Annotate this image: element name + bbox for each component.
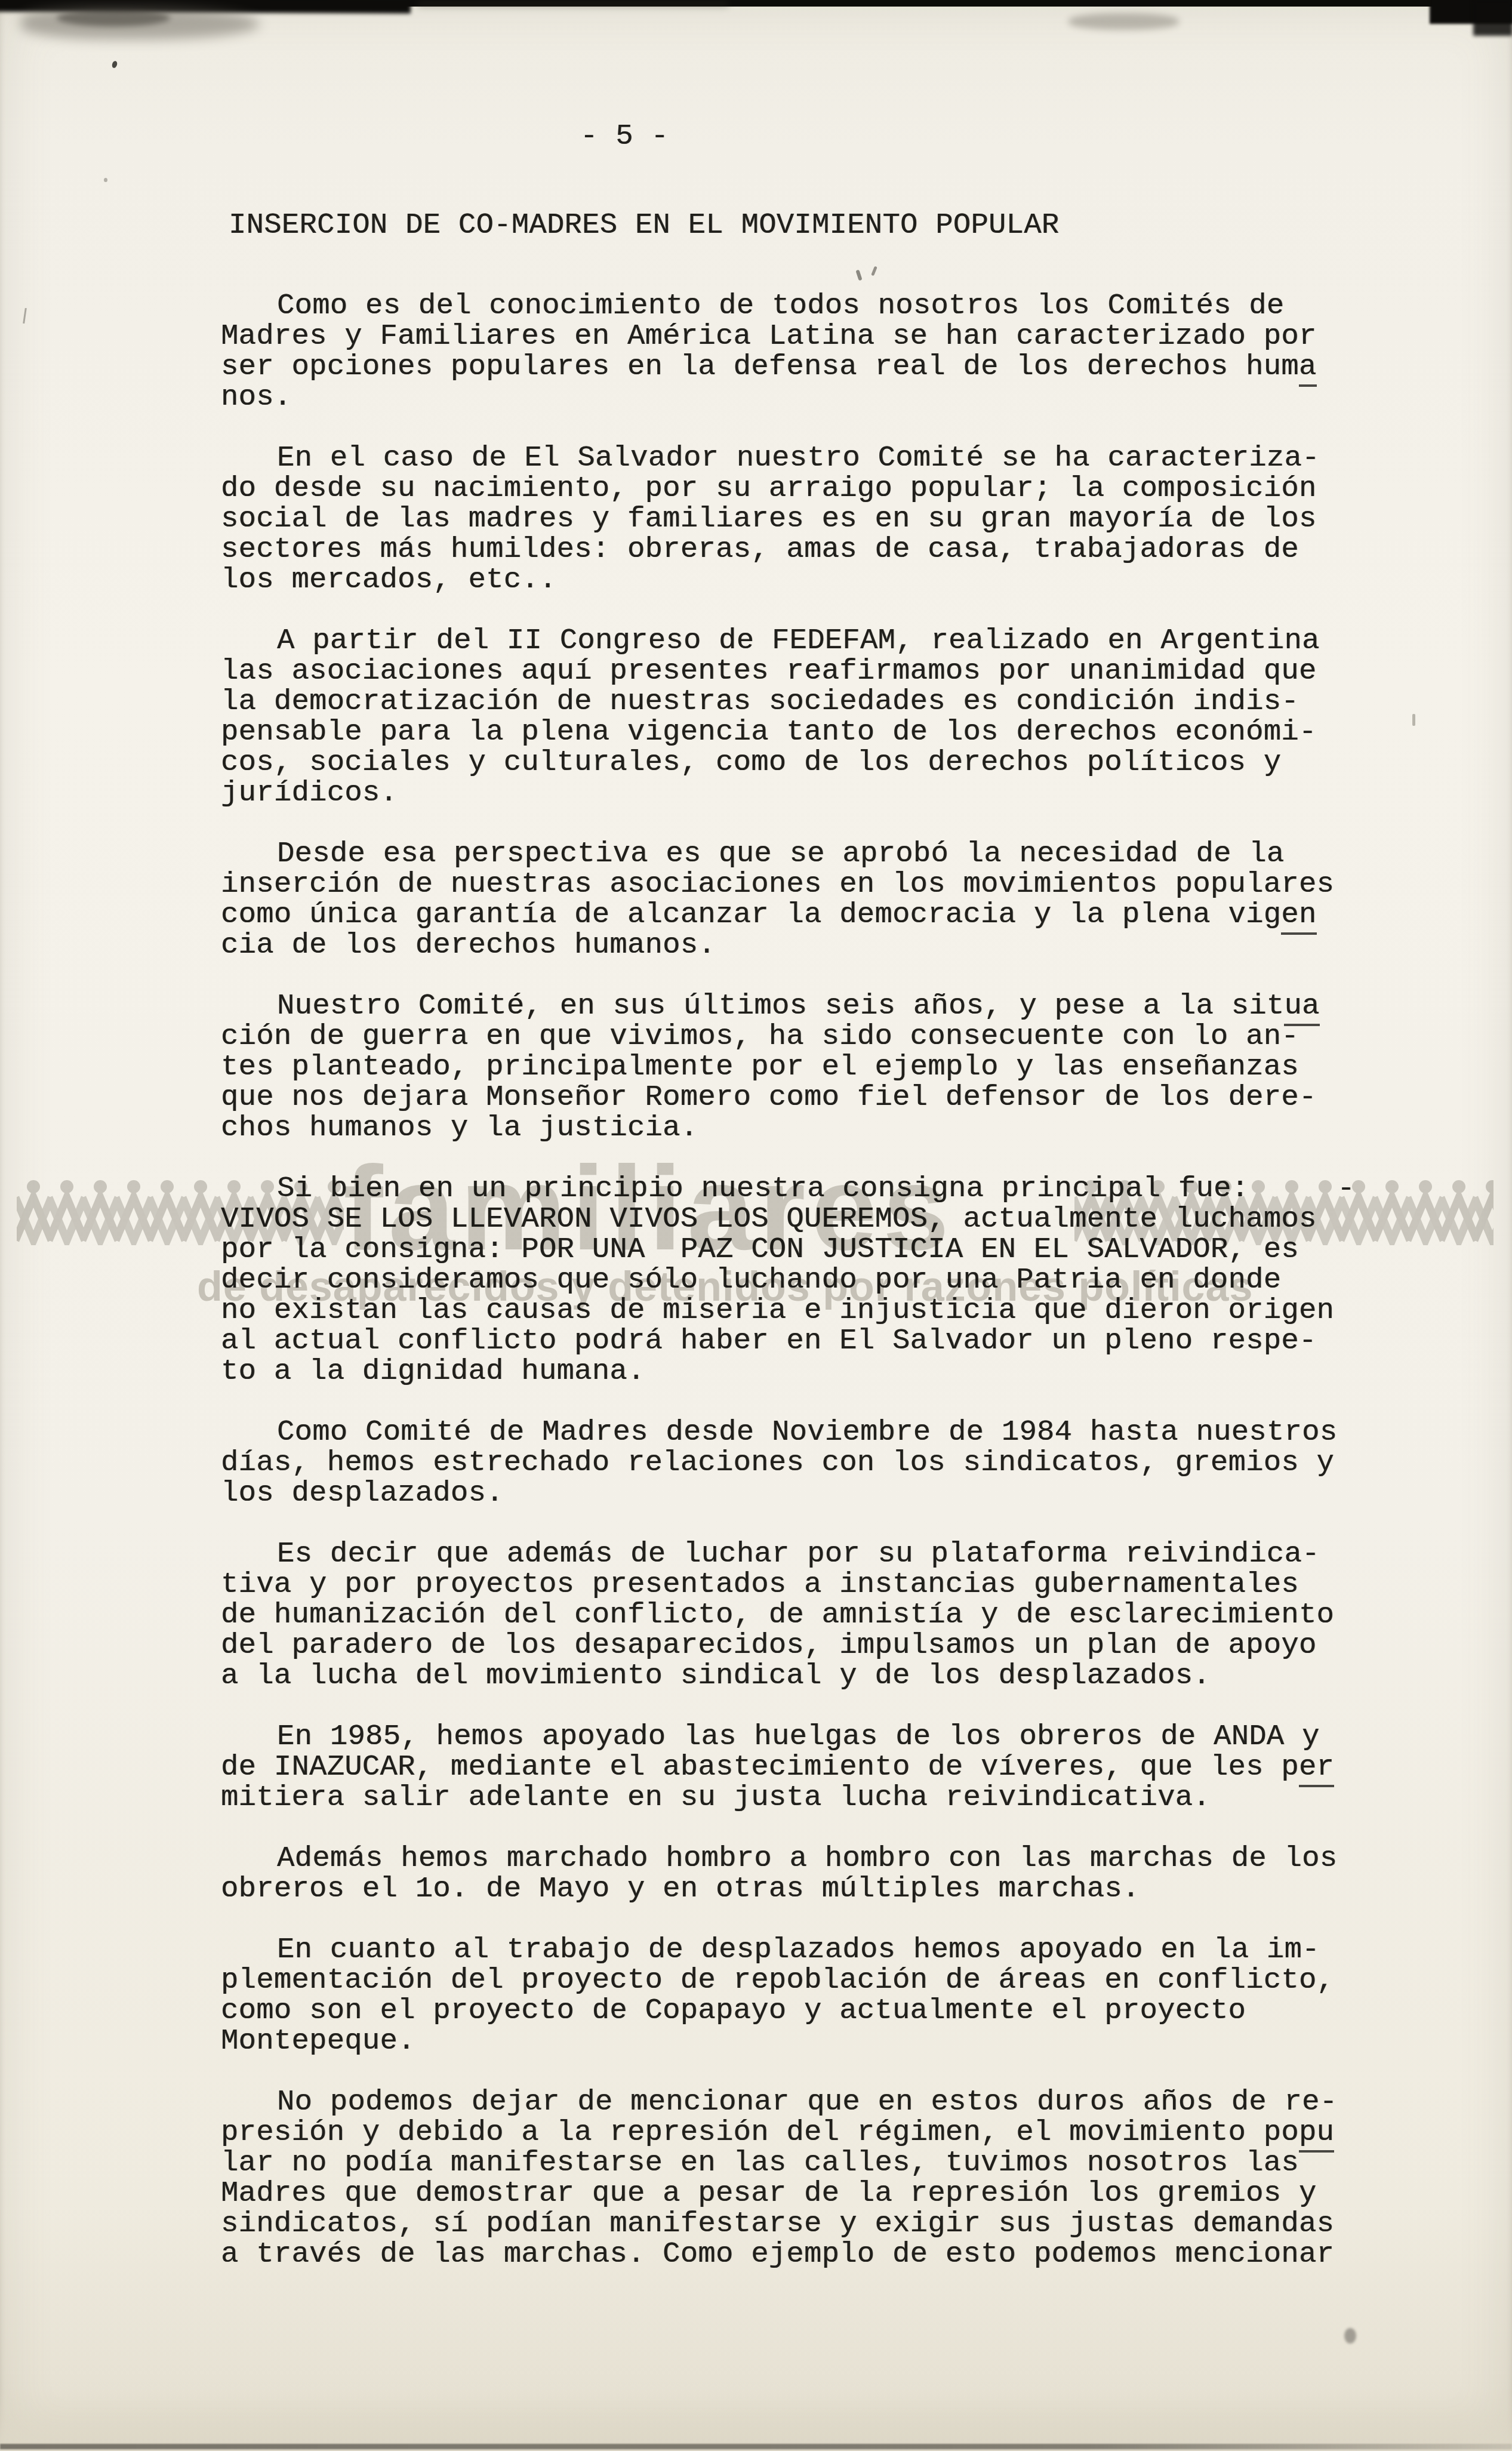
scanned-document-page: - 5 - INSERCION DE CO-MADRES EN EL MOVIM… [0,0,1512,2451]
body-paragraph: Es decir que además de luchar por su pla… [221,1539,1367,1691]
scan-tick-left-margin [23,308,27,324]
text-line: los desplazados. [221,1478,1367,1508]
text-line: tes planteado, principalmente por el eje… [221,1052,1367,1082]
text-line: pensable para la plena vigencia tanto de… [221,717,1367,747]
text-line: lar no podía manifestarse en las calles,… [221,2148,1367,2178]
scan-smudge-top-right [1068,13,1179,30]
text-line: Madres que demostrar que a pesar de la r… [221,2178,1367,2209]
text-line: Es decir que además de luchar por su pla… [221,1539,1367,1569]
body-paragraph: Además hemos marchado hombro a hombro co… [221,1843,1367,1904]
scan-artifact-top-right-corner [1430,0,1512,24]
text-line: decir consideramos que sólo luchando por… [221,1265,1367,1295]
text-line: como son el proyecto de Copapayo y actua… [221,1996,1367,2026]
body-paragraph: A partir del II Congreso de FEDEFAM, rea… [221,626,1367,808]
text-line: la democratización de nuestras sociedade… [221,686,1367,717]
text-line: al actual conflicto podrá haber en El Sa… [221,1326,1367,1356]
text-line: de humanización del conflicto, de amnist… [221,1600,1367,1630]
text-line: a la lucha del movimiento sindical y de … [221,1661,1367,1691]
page-number: - 5 - [580,121,669,152]
text-line: que nos dejara Monseñor Romero como fiel… [221,1082,1367,1113]
scan-smudge-top-left [21,7,260,39]
text-line: cia de los derechos humanos. [221,930,1367,960]
text-line: En cuanto al trabajo de desplazados hemo… [221,1935,1367,1965]
text-line: VIVOS SE LOS LLEVARON VIVOS LOS QUEREMOS… [221,1204,1367,1234]
scan-mark-apostrophe [855,270,862,281]
text-line: En el caso de El Salvador nuestro Comité… [221,443,1367,473]
text-line: mitiera salir adelante en su justa lucha… [221,1782,1367,1813]
scan-blob-bottom-right [1344,2328,1356,2344]
text-line: to a la dignidad humana. [221,1356,1367,1387]
text-line: presión y debido a la represión del régi… [221,2117,1367,2148]
body-paragraph: Nuestro Comité, en sus últimos seis años… [221,991,1367,1143]
body-paragraph: No podemos dejar de mencionar que en est… [221,2087,1367,2270]
body-paragraph: En el caso de El Salvador nuestro Comité… [221,443,1367,595]
scan-smudge-top-left-dark [57,10,170,26]
text-line: cos, sociales y culturales, como de los … [221,747,1367,778]
text-line: no existan las causas de miseria e injus… [221,1295,1367,1326]
text-line: como única garantía de alcanzar la democ… [221,900,1367,930]
text-line: Si bien en un principio nuestra consigna… [221,1174,1367,1204]
body-paragraph: Si bien en un principio nuestra consigna… [221,1174,1367,1387]
text-line: Desde esa perspectiva es que se aprobó l… [221,839,1367,869]
text-line: los mercados, etc.. [221,565,1367,595]
scan-speck-left [111,60,118,69]
text-line: por la consigna: POR UNA PAZ CON JUSTICI… [221,1234,1367,1265]
body-paragraph: Como es del conocimiento de todos nosotr… [221,291,1367,412]
scan-speck-left-faint [104,178,107,182]
scan-artifact-top-left-bar [0,0,411,14]
text-line: inserción de nuestras asociaciones en lo… [221,869,1367,900]
text-line: chos humanos y la justicia. [221,1113,1367,1143]
scan-mark-right-margin [1412,714,1415,726]
scan-artifact-top-right-blob [1473,0,1512,36]
document-body: Como es del conocimiento de todos nosotr… [221,291,1367,2300]
text-line: plementación del proyecto de repoblación… [221,1965,1367,1996]
body-paragraph: En cuanto al trabajo de desplazados hemo… [221,1935,1367,2056]
body-paragraph: En 1985, hemos apoyado las huelgas de lo… [221,1722,1367,1813]
text-line: Montepeque. [221,2026,1367,2056]
text-line: obreros el 1o. de Mayo y en otras múltip… [221,1874,1367,1904]
scan-smudge-top-middle [418,1,728,7]
scan-shadow-bottom [0,2393,1512,2451]
text-line: A partir del II Congreso de FEDEFAM, rea… [221,626,1367,656]
text-line: ción de guerra en que vivimos, ha sido c… [221,1021,1367,1052]
text-line: tiva y por proyectos presentados a insta… [221,1569,1367,1600]
underlined-break-syllable: er [1299,1750,1334,1787]
document-title: INSERCION DE CO-MADRES EN EL MOVIMIENTO … [229,210,1059,241]
text-line: En 1985, hemos apoyado las huelgas de lo… [221,1722,1367,1752]
text-line: No podemos dejar de mencionar que en est… [221,2087,1367,2117]
text-line: do desde su nacimiento, por su arraigo p… [221,473,1367,504]
text-line: a través de las marchas. Como ejemplo de… [221,2239,1367,2270]
text-line: sectores más humildes: obreras, amas de … [221,534,1367,565]
text-line: Como Comité de Madres desde Noviembre de… [221,1417,1367,1448]
text-line: del paradero de los desaparecidos, impul… [221,1630,1367,1661]
text-line: las asociaciones aquí presentes reafirma… [221,656,1367,686]
text-line: jurídicos. [221,778,1367,808]
text-line: Nuestro Comité, en sus últimos seis años… [221,991,1367,1021]
text-line: ser opciones populares en la defensa rea… [221,352,1367,382]
text-line: días, hemos estrechado relaciones con lo… [221,1448,1367,1478]
body-paragraph: Desde esa perspectiva es que se aprobó l… [221,839,1367,960]
underlined-break-syllable: pu [1299,2116,1334,2153]
text-line: Como es del conocimiento de todos nosotr… [221,291,1367,321]
scan-artifact-top-edge [0,0,1512,7]
text-line: de INAZUCAR, mediante el abastecimiento … [221,1752,1367,1782]
text-line: nos. [221,382,1367,412]
scan-mark-apostrophe-2 [871,266,877,276]
text-line: social de las madres y familiares es en … [221,504,1367,534]
body-paragraph: Como Comité de Madres desde Noviembre de… [221,1417,1367,1508]
text-line: sindicatos, sí podían manifestarse y exi… [221,2209,1367,2239]
text-line: Madres y Familiares en América Latina se… [221,321,1367,352]
scan-artifact-bottom-edge [0,2444,1512,2449]
underlined-break-syllable: en [1281,898,1316,935]
underlined-break-syllable: a [1299,350,1317,387]
text-line: Además hemos marchado hombro a hombro co… [221,1843,1367,1874]
